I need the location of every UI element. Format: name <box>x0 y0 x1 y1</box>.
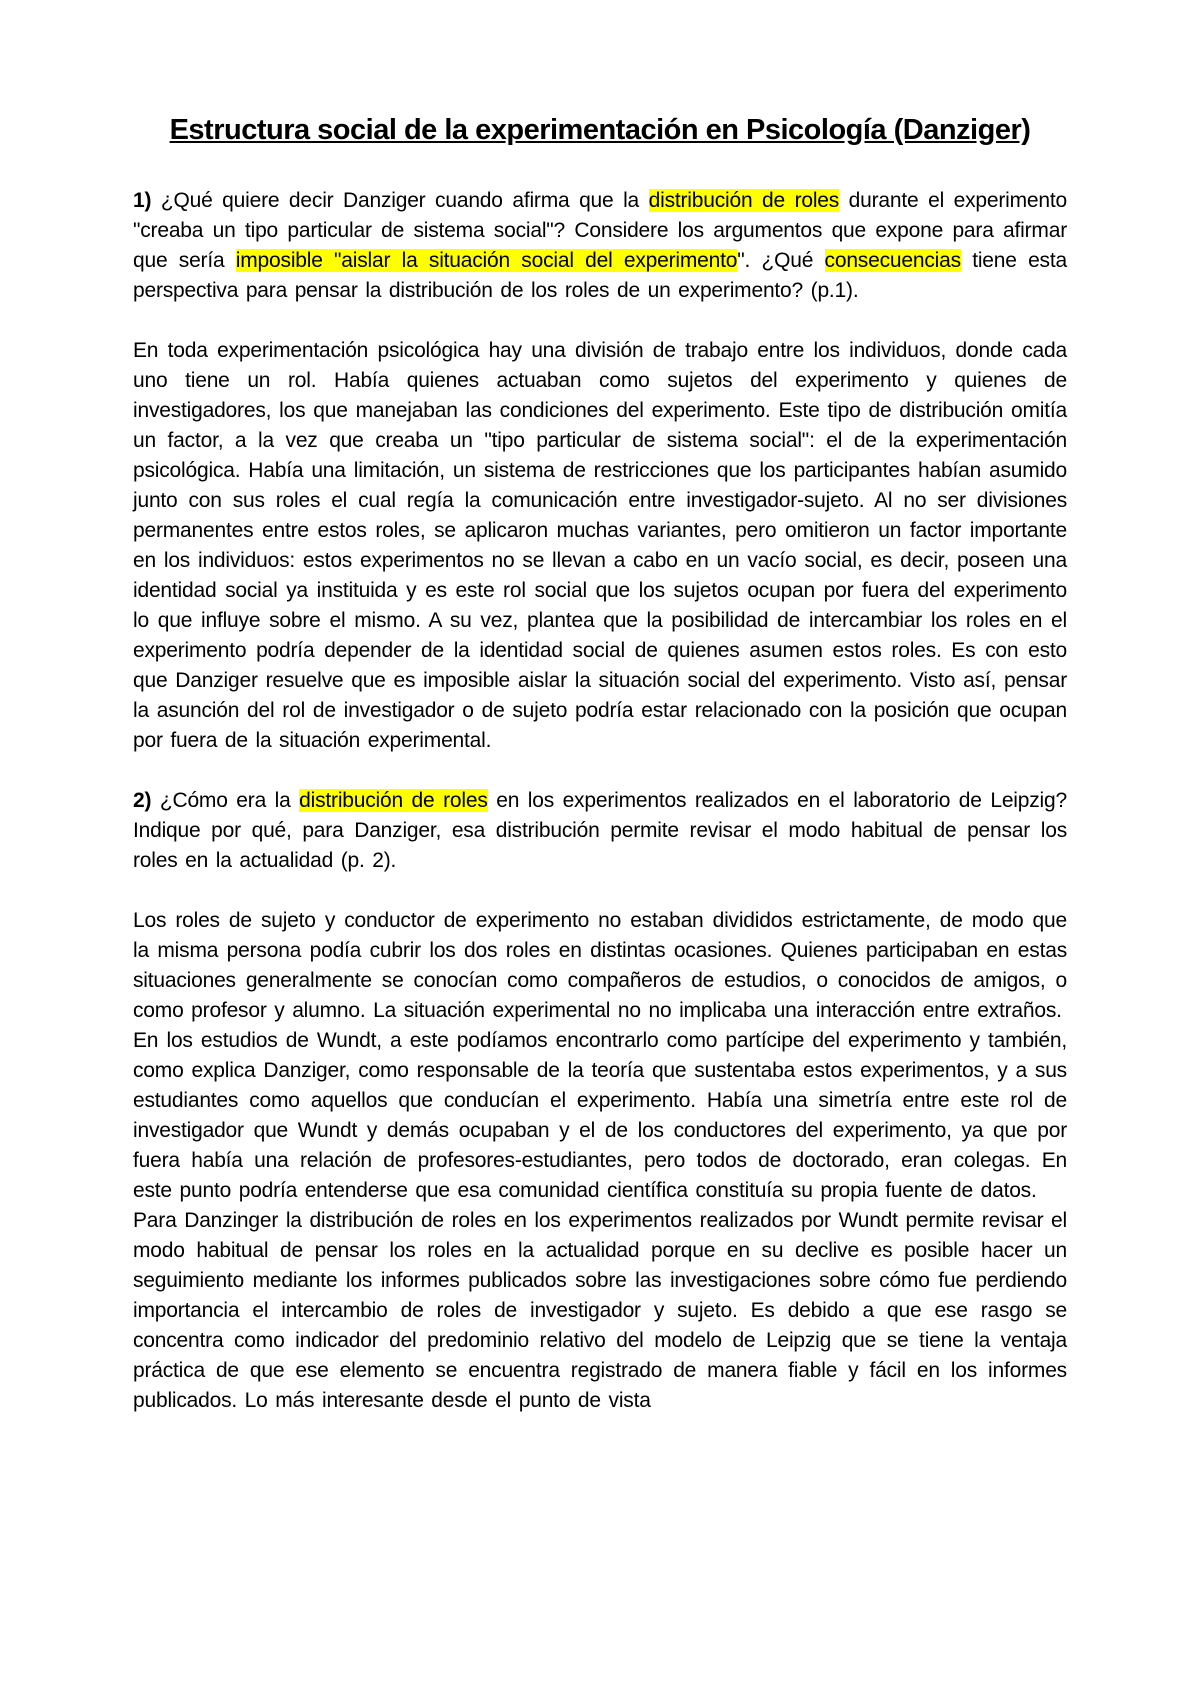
document-body: 1) ¿Qué quiere decir Danziger cuando afi… <box>133 186 1067 1416</box>
answer-paragraph: Para Danzinger la distribución de roles … <box>133 1206 1067 1416</box>
answer-paragraph: En toda experimentación psicológica hay … <box>133 336 1067 756</box>
question-paragraph: 2) ¿Cómo era la distribución de roles en… <box>133 786 1067 876</box>
text-run: ¿Qué quiere decir Danziger cuando afirma… <box>151 189 648 212</box>
text-run: En toda experimentación psicológica hay … <box>133 339 1067 752</box>
question-number: 1) <box>133 189 151 212</box>
highlighted-text: consecuencias <box>825 249 961 272</box>
page-title: Estructura social de la experimentación … <box>133 112 1067 150</box>
document-page: Estructura social de la experimentación … <box>0 0 1200 1698</box>
question-number: 2) <box>133 789 151 812</box>
text-run: ¿Cómo era la <box>151 789 299 812</box>
highlighted-text: distribución de roles <box>649 189 839 212</box>
text-run: Los roles de sujeto y conductor de exper… <box>133 909 1067 1022</box>
answer-paragraph: En los estudios de Wundt, a este podíamo… <box>133 1026 1067 1206</box>
question-paragraph: 1) ¿Qué quiere decir Danziger cuando afi… <box>133 186 1067 306</box>
highlighted-text: imposible "aislar la situación social de… <box>236 249 737 272</box>
answer-paragraph: Los roles de sujeto y conductor de exper… <box>133 906 1067 1026</box>
text-run: En los estudios de Wundt, a este podíamo… <box>133 1029 1067 1202</box>
text-run: Para Danzinger la distribución de roles … <box>133 1209 1067 1412</box>
highlighted-text: distribución de roles <box>299 789 487 812</box>
text-run: ". ¿Qué <box>737 249 824 272</box>
